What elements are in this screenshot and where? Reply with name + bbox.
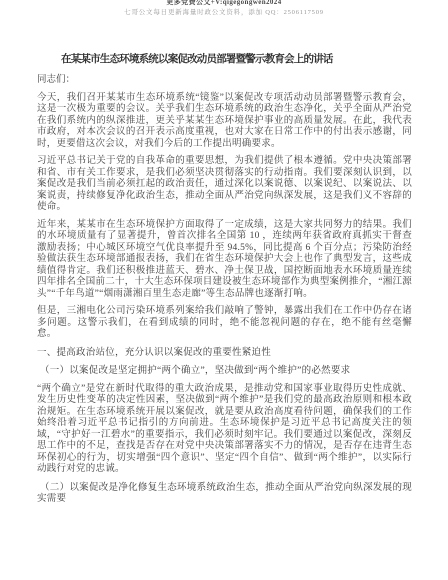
section-heading-1: 一、提高政治站位，充分认识以案促改的重要性紧迫性	[37, 348, 412, 360]
watermark-line-1: 更多党费公文+V:qigegongwen2024	[0, 0, 448, 6]
subsection-heading-1-1: （一）以案促改是坚定拥护“两个确立”，坚决做到“两个维护”的必然要求	[37, 366, 412, 378]
subsection-heading-1-2: （二）以案促改是净化修复生态环境系统政治生态，推动全面从严治党向纵深发展的现实需…	[37, 483, 412, 506]
paragraph-intro: 今天，我们召开某某市生态环境系统“镜鉴”以案促改专项活动动员部署暨警示教育会，这…	[37, 93, 412, 151]
greeting-line: 同志们：	[37, 75, 412, 87]
paragraph-two-establishes: “两个确立”是党在新时代取得的重大政治成果，是推动党和国家事业取得历史性成就、发…	[37, 384, 412, 476]
watermark-header: 更多党费公文+V:qigegongwen2024 七哥公文每日更新海量时政公文资…	[0, 0, 448, 17]
paragraph-achievements: 近年来，某某市在生态环境保护方面取得了一定成绩，这是大家共同努力的结果。我们的水…	[37, 220, 412, 301]
document-page: 更多党费公文+V:qigegongwen2024 七哥公文每日更新海量时政公文资…	[0, 0, 448, 578]
paragraph-warning: 但是，三湘电化公司污染环境系列案给我们敲响了警钟，暴露出我们在工作中仍存在诸多问…	[37, 306, 412, 341]
document-body: 在某某市生态环境系统以案促改动员部署暨警示教育会上的讲话 同志们： 今天，我们召…	[0, 53, 448, 506]
document-title: 在某某市生态环境系统以案促改动员部署暨警示教育会上的讲话	[61, 53, 412, 66]
watermark-line-2: 七哥公文每日更新海量时政公文资料，添加 QQ：2506117509	[0, 9, 448, 17]
paragraph-guiding-thought: 习近平总书记关于党的自我革命的重要思想，为我们提供了根本遵循。党中央决策部署和省…	[37, 156, 412, 214]
